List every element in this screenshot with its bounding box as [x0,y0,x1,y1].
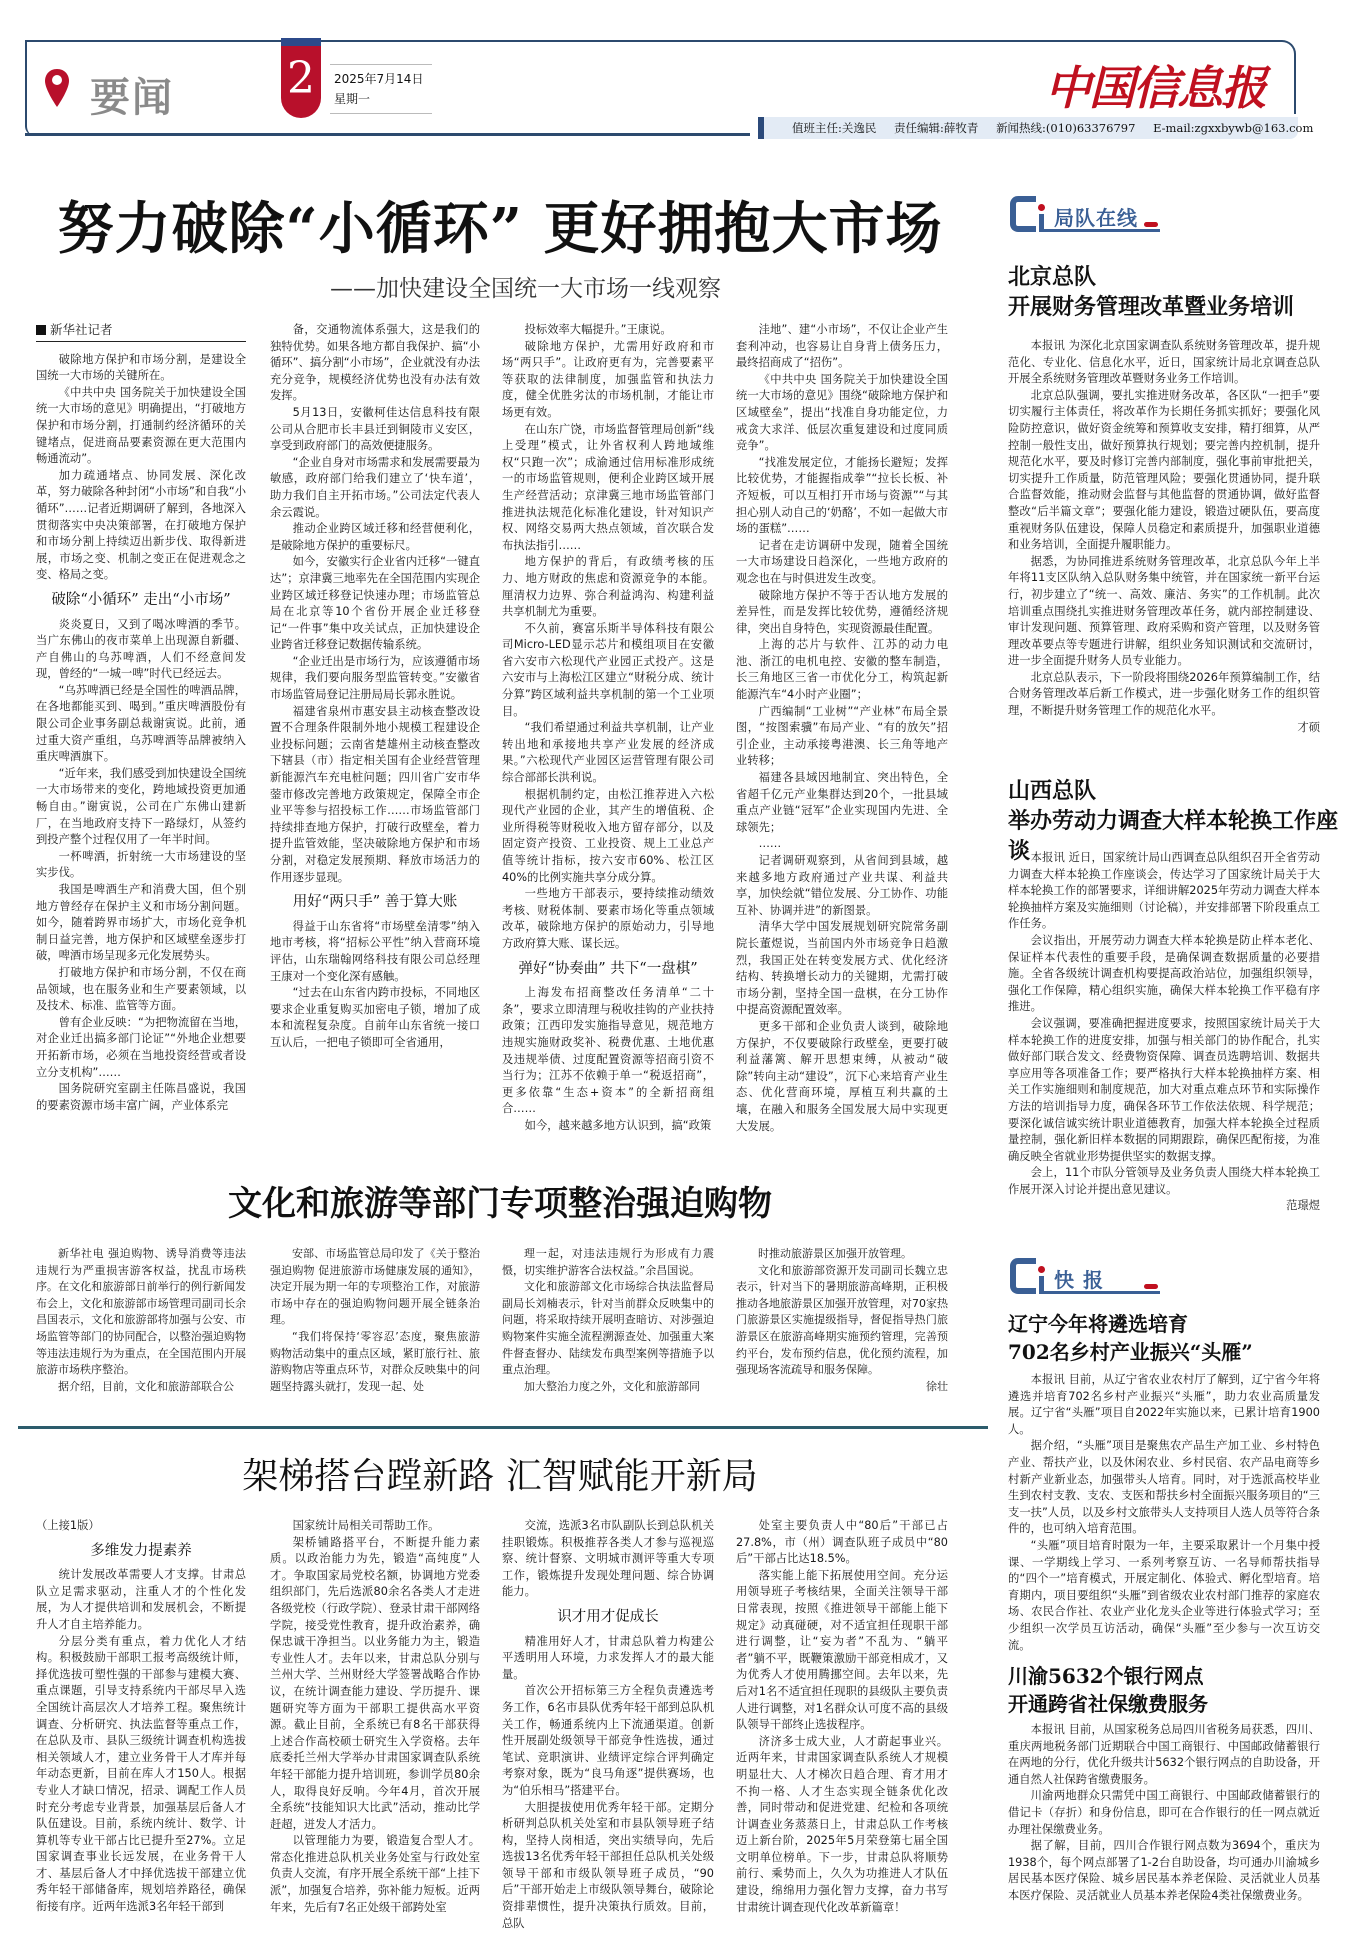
square-bullet-icon [36,325,46,335]
paragraph: 北京总队表示，下一阶段将围绕2026年预算编制工作，结合财务管理改革后新工作模式… [1008,670,1320,720]
paragraph: 如今，安徽实行企业省内迁移“一键直达”；京津冀三地率先在全国范围内实现企业跨区域… [270,554,480,654]
paragraph: “找准发展定位，才能扬长避短；发挥比较优势，才能握指成拳”“拉长长板、补齐短板，… [736,455,948,538]
sidebar-story4-title: 川渝5632个银行网点 开通跨省社保缴费服务 [1008,1662,1338,1718]
paragraph: 据了解，目前，四川合作银行网点数为3694个，重庆为1938个，每个网点部署了1… [1008,1838,1320,1904]
paragraph: 分层分类有重点，着力优化人才结构。积极鼓励干部职工报考高级统计师，择优选拔可塑性… [36,1634,246,1916]
section-name: 要闻 [90,66,174,123]
paragraph: 福建各县域因地制宜、突出特色，全省超千亿元产业集群达到20个，一批县域重点产业链… [736,770,948,836]
second-article-col-3: 理一起，对违法违规行为形成有力震慑，切实维护游客合法权益。”余昌国说。文化和旅游… [502,1246,714,1395]
paragraph: 清华大学中国发展规划研究院常务副院长董煜说，当前国内外市场竞争日趋激烈，我国正处… [736,919,948,1019]
paragraph: 投标效率大幅提升。”王康说。 [502,322,714,339]
paragraph: 本报讯 为深化北京国家调查队系统财务管理改革，提升规范化、专业化、信息化水平，近… [1008,338,1320,388]
third-article-col-3: 交流，选派3名市队副队长到总队机关挂职锻炼。积极推荐各类人才参与巡视巡察、统计督… [502,1518,714,1932]
paragraph: 破除地方保护不等于否认地方发展的差异性，而是发挥比较优势，遵循经济规律，突出自身… [736,588,948,638]
paragraph: 加大整治力度之外，文化和旅游部同 [502,1379,714,1396]
email[interactable]: E-mail:zgxxbywb@163.com [1153,121,1313,135]
second-article-col-1: 新华社电 强迫购物、诱导消费等违法违规行为严重损害游客权益，扰乱市场秩序。在文化… [36,1246,246,1395]
paragraph: 时推动旅游景区加强开放管理。 [736,1246,948,1263]
paragraph: 推动企业跨区域迁移和经营便利化，是破除地方保护的重要标尺。 [270,521,480,554]
subheading: 多维发力提素养 [36,1543,246,1560]
paragraph: “我们将保持‘零容忍’态度，聚焦旅游购物活动集中的重点区域，紧盯旅行社、旅游购物… [270,1329,480,1395]
paragraph: “企业迁出是市场行为，应该遵循市场规律，我们要向服务型监管转变。”安徽省市场监管… [270,654,480,704]
subheading: 破除“小循环” 走出“小市场” [36,592,246,609]
paragraph: 安部、市场监管总局印发了《关于整治强迫购物 促进旅游市场健康发展的通知》，决定开… [270,1246,480,1329]
paragraph: 《中共中央 国务院关于加快建设全国统一大市场的意见》围绕“破除地方保护和区域壁垒… [736,372,948,455]
newspaper-logo: 中国信息报 [1045,52,1265,118]
paragraph: 5月13日，安徽柯佳达信息科技有限公司从合肥市长丰县迁到铜陵市义安区，享受到政府… [270,405,480,455]
paragraph: 不久前，赛富乐斯半导体科技有限公司Micro-LED显示芯片和模组项目在安徽省六… [502,621,714,721]
main-article-col-2: 备，交通物流体系强大，这是我们的独特优势。如果各地方都自我保护、搞“小循环”、搞… [270,322,480,1052]
paragraph: 地方保护的背后，有政绩考核的压力、地方财政的焦虑和资源竞争的本能。厘清权力边界、… [502,554,714,620]
sidebar-story3-body: 本报讯 目前，从辽宁省农业农村厅了解到，辽宁省今年将遴选并培育702名乡村产业振… [1008,1372,1320,1654]
paragraph: 炎炎夏日，又到了喝冰啤酒的季节。当广东佛山的夜市菜单上出现源自新疆、产自佛山的乌… [36,617,246,683]
main-headline: 努力破除“小循环” 更好拥抱大市场 [0,185,1000,265]
continued-note: （上接1版） [36,1518,246,1535]
page-number: 2 [281,38,321,118]
paragraph: “乌苏啤酒已经是全国性的啤酒品牌，在各地都能买到、喝到。”重庆啤酒股份有限公司企… [36,683,246,766]
second-article-headline: 文化和旅游等部门专项整治强迫购物 [0,1176,1000,1225]
paragraph: 一些地方干部表示，要持续推动绩效考核、财税体制、要素市场化等重点领域改革，破除地… [502,886,714,952]
paragraph: 备，交通物流体系强大，这是我们的独特优势。如果各地方都自我保护、搞“小循环”、搞… [270,322,480,405]
paragraph: 如今，越来越多地方认识到，搞“政策 [502,1118,714,1135]
paragraph: 本报讯 近日，国家统计局山西调查总队组织召开全省劳动力调查大样本轮换工作座谈会，… [1008,850,1320,933]
bracket-icon [1010,196,1036,232]
paragraph: “头雁”项目培育时限为一年，主要采取累计一个月集中授课、一学期线上学习、一系列考… [1008,1538,1320,1654]
paragraph: 理一起，对违法违规行为形成有力震慑，切实维护游客合法权益。”余昌国说。 [502,1246,714,1279]
paragraph: 在山东广饶，市场监督管理局创新“线上受理”模式，让外省权利人跨地域维权“只跑一次… [502,422,714,555]
paragraph: 一杯啤酒，折射统一大市场建设的坚实步伐。 [36,849,246,882]
bracket-icon [1010,1258,1036,1294]
subheading: 弹好“协奏曲” 共下“一盘棋” [502,961,714,978]
third-article-col-4: 处室主要负责人中“80后”干部已占27.8%，市（州）调查队班子成员中“80后”… [736,1518,948,1916]
paragraph: 打破地方保护和市场分割，不仅在商品领域，也在服务业和生产要素领域，以及技术、标准… [36,965,246,1015]
sidebar-story4-body: 本报讯 目前，从国家税务总局四川省税务局获悉，四川、重庆两地税务部门近期联合中国… [1008,1722,1320,1905]
signature: 徐壮 [736,1379,948,1396]
paragraph: 《中共中央 国务院关于加快建设全国统一大市场的意见》明确提出，“打破地方保护和市… [36,385,246,468]
paragraph: 川渝两地群众只需凭中国工商银行、中国邮政储蓄银行的借记卡（存折）和身份信息，即可… [1008,1788,1320,1838]
paragraph: 本报讯 目前，从国家税务总局四川省税务局获悉，四川、重庆两地税务部门近期联合中国… [1008,1722,1320,1788]
paragraph: 我国是啤酒生产和消费大国，但个别地方曾经存在保护主义和市场分割问题。如今，随着跨… [36,882,246,965]
duty-director: 值班主任:关逸民 [792,121,876,135]
paragraph: 大胆提拔使用优秀年轻干部。定期分析研判总队机关处室和市县队领导班子结构，坚持人岗… [502,1800,714,1933]
paragraph: “我们希望通过利益共享机制，让产业转出地和承接地共享产业发展的经济成果。”六松现… [502,720,714,786]
red-dot-icon [1038,1266,1045,1273]
paragraph: 记者调研观察到，从省间到县域，越来越多地方政府通过产业共谋、利益共享，加快绘就“… [736,853,948,919]
paragraph: …… [736,836,948,853]
paragraph: 洼地”、建“小市场”，不仅让企业产生套利冲动，也容易让自身背上债务压力，最终招商… [736,322,948,372]
paragraph: 以管理能力为要，锻造复合型人才。常态化推进总队机关业务处室与行政处室负责人交流，… [270,1833,480,1916]
paragraph: 上海发布招商整改任务清单“二十条”，要求立即清理与税收挂钩的产业扶持政策；江西印… [502,985,714,1118]
paragraph: 落实能上能下拓展使用空间。充分运用领导班子考核结果，全面关注领导干部日常表现，按… [736,1568,948,1734]
second-article-col-2: 安部、市场监管总局印发了《关于整治强迫购物 促进旅游市场健康发展的通知》，决定开… [270,1246,480,1395]
weekday: 星期一 [334,89,428,109]
hotline: 新闻热线:(010)63376797 [996,121,1135,135]
third-article-col-2: 国家统计局相关司帮助工作。架桥铺路搭平台，不断提升能力素质。以政治能力为先，锻造… [270,1518,480,1916]
paragraph: 破除地方保护和市场分割，是建设全国统一大市场的关键所在。 [36,352,246,385]
paragraph: 曾有企业反映：“为把物流留在当地，对企业迁出搞多部门论证”“外地企业想要开拓新市… [36,1015,246,1081]
main-article-col-3: 投标效率大幅提升。”王康说。破除地方保护，尤需用好政府和市场“两只手”。让政府更… [502,322,714,1135]
paragraph: 架桥铺路搭平台，不断提升能力素质。以政治能力为先，锻造“高纯度”人才。争取国家局… [270,1535,480,1834]
paragraph: 国家统计局相关司帮助工作。 [270,1518,480,1535]
editorial-info-bar: 值班主任:关逸民 责任编辑:薛牧青 新闻热线:(010)63376797 E-m… [758,117,1298,139]
paragraph: 精准用好人才，甘肃总队着力构建公平透明用人环境，力求发挥人才的最大能量。 [502,1634,714,1684]
sidebar-story1-body: 本报讯 为深化北京国家调查队系统财务管理改革，提升规范化、专业化、信息化水平，近… [1008,338,1320,736]
paragraph: 据介绍，“头雁”项目是聚焦农产品生产加工业、乡村特色产业、帮扶产业，以及休闲农业… [1008,1438,1320,1538]
paragraph: 广西编制“工业树”“产业林”布局全景图，“按图索骥”布局产业、“有的放矢”招引企… [736,704,948,770]
paragraph: 会上，11个市队分管领导及业务负责人围绕大样本轮换工作展开深入讨论并提出意见建议… [1008,1165,1320,1198]
paragraph: “近年来，我们感受到加快建设全国统一大市场带来的变化，跨地域投资更加通畅自由。”… [36,766,246,849]
paragraph: 本报讯 目前，从辽宁省农业农村厅了解到，辽宁省今年将遴选并培育702名乡村产业振… [1008,1372,1320,1438]
paragraph: 新华社电 强迫购物、诱导消费等违法违规行为严重损害游客权益，扰乱市场秩序。在文化… [36,1246,246,1379]
main-article-col-4: 洼地”、建“小市场”，不仅让企业产生套利冲动，也容易让自身背上债务压力，最终招商… [736,322,948,1135]
paragraph: 国务院研究室副主任陈昌盛说，我国的要素资源市场丰富广阔，产业体系完 [36,1081,246,1114]
paragraph: 交流，选派3名市队副队长到总队机关挂职锻炼。积极推荐各类人才参与巡视巡察、统计督… [502,1518,714,1601]
subheading: 识才用才促成长 [502,1609,714,1626]
paragraph: 上海的芯片与软件、江苏的动力电池、浙江的电机电控、安徽的整车制造，长三角地区三省… [736,637,948,703]
main-article-col-1: 新华社记者 破除地方保护和市场分割，是建设全国统一大市场的关键所在。《中共中央 … [36,322,246,1114]
paragraph: 会议强调，要准确把握进度要求，按照国家统计局关于大样本轮换工作的进度安排，加强与… [1008,1016,1320,1165]
paragraph: 会议指出，开展劳动力调查大样本轮换是防止样本老化、保证样本代表性的重要手段，是确… [1008,933,1320,1016]
subheading: 用好“两只手” 善于算大账 [270,894,480,911]
paragraph: 破除地方保护，尤需用好政府和市场“两只手”。让政府更有为，完善要素平等获取的法律… [502,339,714,422]
masthead-bottom-rule [25,133,750,136]
section-header-flash-news: 快 报 [1010,1258,1150,1296]
paragraph: 根据机制约定，由松江推荐进入六松现代产业园的企业，其产生的增值税、企业所得税等财… [502,787,714,887]
date: 2025年7月14日 [334,69,428,89]
paragraph: “企业自身对市场需求和发展需要最为敏感，政府部门给我们建立了‘快车道’，助力我们… [270,455,480,521]
paragraph: 首次公开招标第三方全程负责遴选考务工作，6名市县队优秀年轻干部到总队机关工作，畅… [502,1683,714,1799]
paragraph: 文化和旅游部资源开发司副司长魏立忠表示，针对当下的暑期旅游高峰期，正积极推动各地… [736,1263,948,1379]
paragraph: 更多干部和企业负责人谈到，破除地方保护，不仅要破除行政壁垒，更要打破利益藩篱、解… [736,1019,948,1135]
section-divider [18,1426,988,1429]
sidebar-story2-body: 本报讯 近日，国家统计局山西调查总队组织召开全省劳动力调查大样本轮换工作座谈会，… [1008,850,1320,1215]
paragraph: 得益于山东省将“市场壁垒清零”纳入地市考核，将“招标公平性”纳入营商环境评估，山… [270,919,480,985]
paragraph: 福建省泉州市惠安县主动核查整改设置不合理条件限制外地小规模工程建设企业投标问题；… [270,704,480,887]
paragraph: 济济多士成大业，人才蔚起事业兴。近两年来，甘肃国家调查队系统人才规模明显壮大、人… [736,1734,948,1917]
third-article-headline: 架梯搭台蹚新路 汇智赋能开新局 [0,1448,1000,1499]
byline: 新华社记者 [36,322,246,342]
red-dot-icon [1038,204,1045,211]
main-subheadline: ——加快建设全国统一大市场一线观察 [0,270,1000,303]
paragraph: 据介绍，目前，文化和旅游部联合公 [36,1379,246,1396]
sidebar-story1-title: 北京总队 开展财务管理改革暨业务培训 [1008,262,1338,322]
editor: 责任编辑:薛牧青 [894,121,978,135]
sidebar-story3-title: 辽宁今年将遴选培育 702名乡村产业振兴“头雁” [1008,1310,1338,1366]
location-pin-icon [44,68,70,108]
paragraph: 北京总队强调，要扎实推进财务改革，各区队“一把手”要切实履行主体责任，将改革作为… [1008,388,1320,554]
paragraph: 统计发展改革需要人才支撑。甘肃总队立足需求驱动，注重人才的个性化发展，为人才提供… [36,1567,246,1633]
paragraph: 加力疏通堵点、协同发展、深化改革，努力破除各种封闭“小市场”和自我“小循环”……… [36,468,246,584]
date-box: 2025年7月14日 星期一 [330,64,432,114]
paragraph: 文化和旅游部文化市场综合执法监督局副局长刘楠表示，针对当前群众反映集中的问题，将… [502,1279,714,1379]
third-article-col-1: （上接1版） 多维发力提素养统计发展改革需要人才支撑。甘肃总队立足需求驱动，注重… [36,1518,246,1916]
section-header-bureau-online: 局队在线 [1010,196,1150,234]
paragraph: 据悉，为协同推进系统财务管理改革，北京总队今年上半年将11支区队纳入总队财务集中… [1008,554,1320,670]
paragraph: “过去在山东省内跨市投标，不同地区要求企业重复购买加密电子锁，增加了成本和流程复… [270,985,480,1051]
second-article-col-4: 时推动旅游景区加强开放管理。文化和旅游部资源开发司副司长魏立忠表示，针对当下的暑… [736,1246,948,1395]
paragraph: 处室主要负责人中“80后”干部已占27.8%，市（州）调查队班子成员中“80后”… [736,1518,948,1568]
paragraph: 记者在走访调研中发现，随着全国统一大市场建设日趋深化，一些地方政府的观念也在与时… [736,538,948,588]
